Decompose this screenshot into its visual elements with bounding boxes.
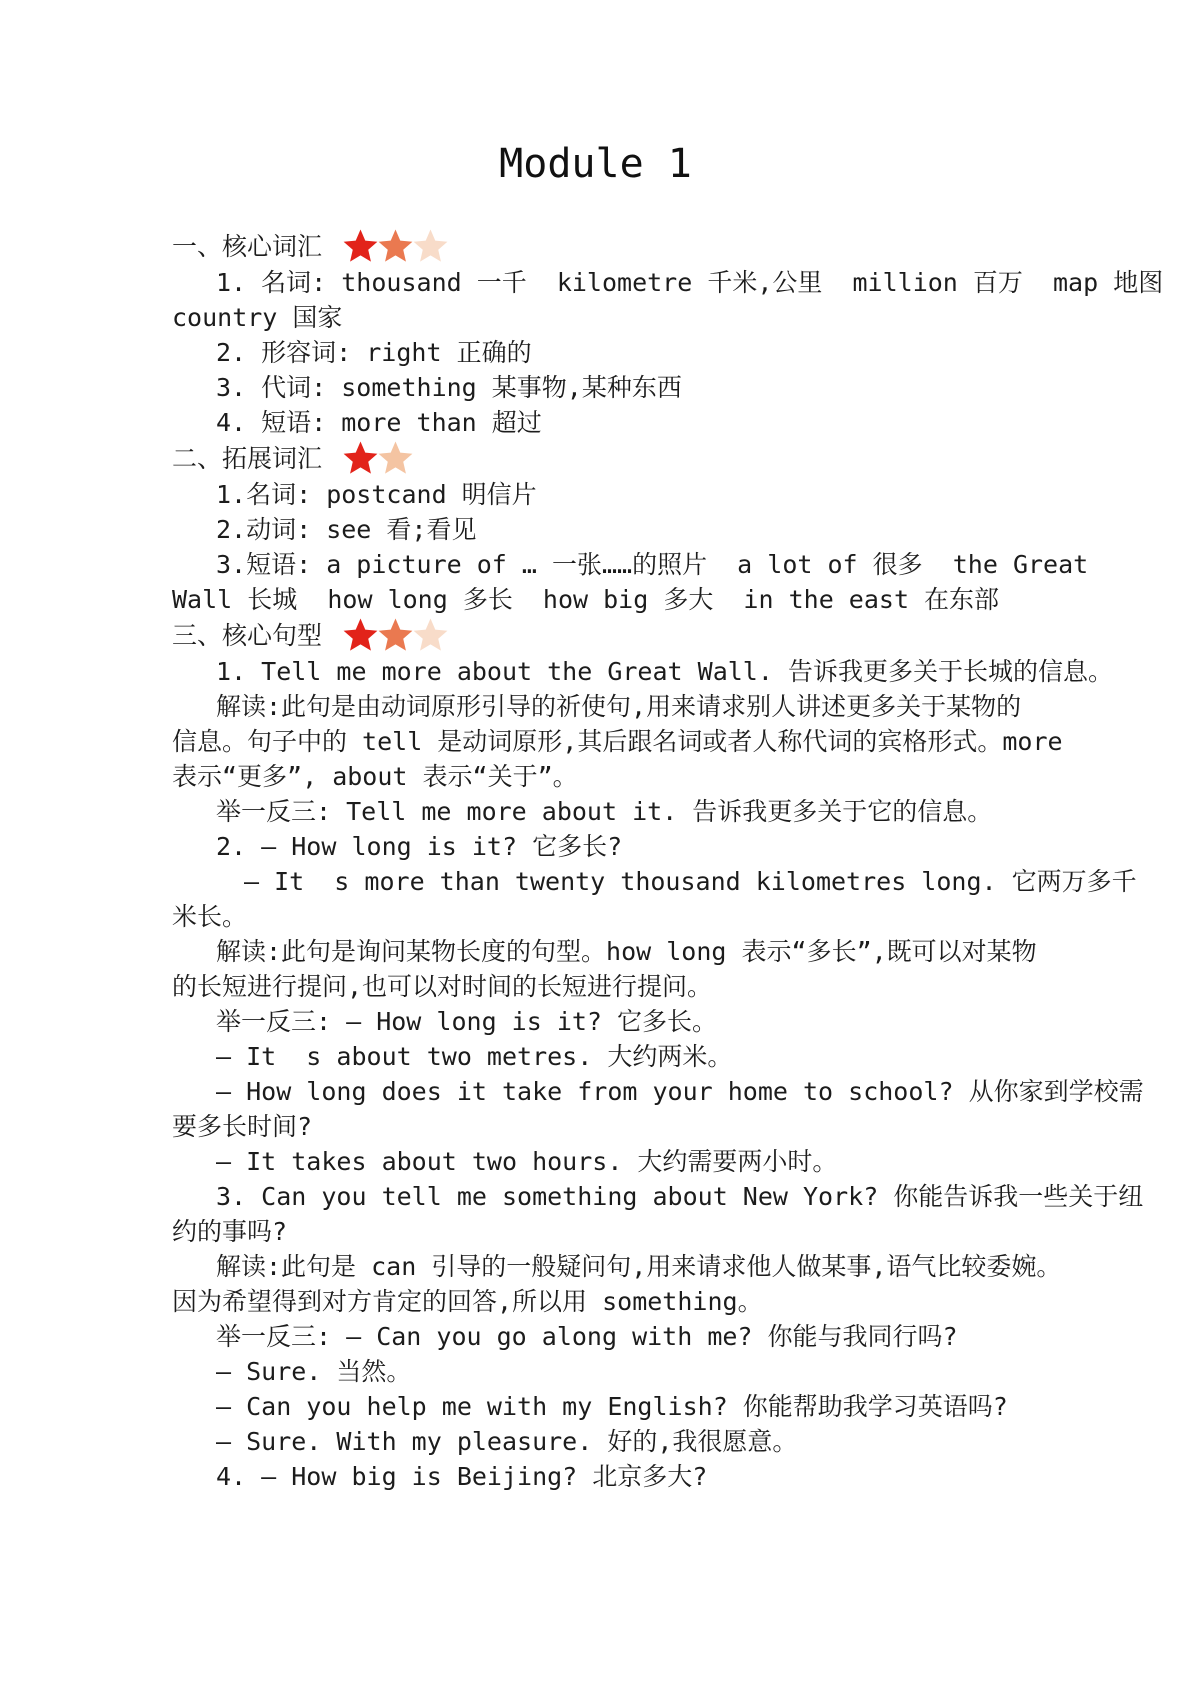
- text-line: 的长短进行提问,也可以对时间的长短进行提问。: [172, 969, 1052, 1004]
- document-page: Module 1 一、核心词汇1. 名词: thousand 一千 kilome…: [0, 0, 1191, 1684]
- text-line: — Sure. With my pleasure. 好的,我很愿意。: [172, 1424, 1052, 1459]
- star-icon: [342, 228, 379, 265]
- section-heading: 三、核心句型: [172, 617, 1052, 654]
- star-icon: [342, 617, 379, 654]
- text-line: 解读:此句是由动词原形引导的祈使句,用来请求别人讲述更多关于某物的: [172, 689, 1052, 724]
- document-title: Module 1: [0, 0, 1191, 188]
- text-line: 2. 形容词: right 正确的: [172, 335, 1052, 370]
- star-icon: [342, 440, 379, 477]
- text-line: 3.短语: a picture of … 一张……的照片 a lot of 很多…: [172, 547, 1052, 582]
- text-line: 因为希望得到对方肯定的回答,所以用 something。: [172, 1284, 1052, 1319]
- rating-stars: [342, 617, 450, 654]
- text-line: 1.名词: postcand 明信片: [172, 477, 1052, 512]
- text-line: — Sure. 当然。: [172, 1354, 1052, 1389]
- text-line: 解读:此句是询问某物长度的句型。how long 表示“多长”,既可以对某物: [172, 934, 1052, 969]
- section-heading-label: 一、核心词汇: [172, 229, 322, 264]
- text-line: — It s more than twenty thousand kilomet…: [172, 864, 1052, 899]
- text-line: country 国家: [172, 300, 1052, 335]
- text-line: 解读:此句是 can 引导的一般疑问句,用来请求他人做某事,语气比较委婉。: [172, 1249, 1052, 1284]
- rating-stars: [342, 228, 450, 265]
- text-line: 3. 代词: something 某事物,某种东西: [172, 370, 1052, 405]
- star-icon: [377, 228, 414, 265]
- star-icon: [377, 617, 414, 654]
- text-line: 举一反三: Tell me more about it. 告诉我更多关于它的信息…: [172, 794, 1052, 829]
- text-line: — Can you help me with my English? 你能帮助我…: [172, 1389, 1052, 1424]
- text-line: — It takes about two hours. 大约需要两小时。: [172, 1144, 1052, 1179]
- text-line: 1. 名词: thousand 一千 kilometre 千米,公里 milli…: [172, 265, 1052, 300]
- star-icon: [377, 440, 414, 477]
- text-line: 要多长时间?: [172, 1109, 1052, 1144]
- text-line: Wall 长城 how long 多长 how big 多大 in the ea…: [172, 582, 1052, 617]
- text-line: 3. Can you tell me something about New Y…: [172, 1179, 1052, 1214]
- star-icon: [412, 228, 449, 265]
- text-line: 米长。: [172, 899, 1052, 934]
- text-line: 1. Tell me more about the Great Wall. 告诉…: [172, 654, 1052, 689]
- rating-stars: [342, 440, 415, 477]
- text-line: 信息。句子中的 tell 是动词原形,其后跟名词或者人称代词的宾格形式。more: [172, 724, 1052, 759]
- text-line: 举一反三: — How long is it? 它多长。: [172, 1004, 1052, 1039]
- text-line: 4. — How big is Beijing? 北京多大?: [172, 1459, 1052, 1494]
- text-line: — How long does it take from your home t…: [172, 1074, 1052, 1109]
- star-icon: [412, 617, 449, 654]
- section-heading: 一、核心词汇: [172, 228, 1052, 265]
- section-heading-label: 三、核心句型: [172, 618, 322, 653]
- text-line: 4. 短语: more than 超过: [172, 405, 1052, 440]
- document-body: 一、核心词汇1. 名词: thousand 一千 kilometre 千米,公里…: [172, 228, 1052, 1494]
- text-line: 2. — How long is it? 它多长?: [172, 829, 1052, 864]
- text-line: 举一反三: — Can you go along with me? 你能与我同行…: [172, 1319, 1052, 1354]
- text-line: — It s about two metres. 大约两米。: [172, 1039, 1052, 1074]
- text-line: 约的事吗?: [172, 1214, 1052, 1249]
- section-heading-label: 二、拓展词汇: [172, 441, 322, 476]
- text-line: 2.动词: see 看;看见: [172, 512, 1052, 547]
- section-heading: 二、拓展词汇: [172, 440, 1052, 477]
- text-line: 表示“更多”, about 表示“关于”。: [172, 759, 1052, 794]
